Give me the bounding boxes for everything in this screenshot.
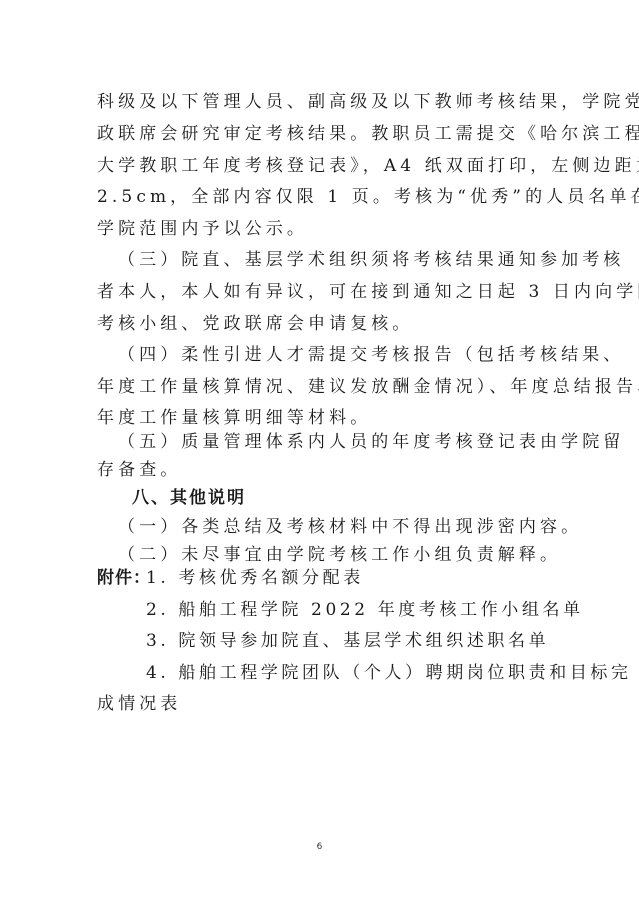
paragraph-line: 2.5cm，全部内容仅限 1 页。考核为“优秀”的人员名单在 [97, 186, 557, 208]
attachment-item: 3. 院领导参加院直、基层学术组织述职名单 [146, 630, 606, 652]
section-heading: 八、其他说明 [132, 487, 592, 509]
paragraph-line: 学院范围内予以公示。 [97, 218, 557, 240]
item-4-line: 年度工作量核算明细等材料。 [97, 407, 557, 429]
item-4-line: 年度工作量核算情况、建议发放酬金情况）、年度总结报告、 [97, 376, 557, 398]
item-3-line: 者本人，本人如有异议，可在接到通知之日起 3 日内向学院 [97, 281, 557, 303]
paragraph-line: 大学教职工年度考核登记表》，A4 纸双面打印，左侧边距为 [97, 155, 557, 177]
page-number: 6 [0, 842, 639, 852]
paragraph-line: 科级及以下管理人员、副高级及以下教师考核结果，学院党 [97, 91, 557, 113]
section-8-item: （二）未尽事宜由学院考核工作小组负责解释。 [118, 544, 578, 566]
item-5-line: 存备查。 [97, 459, 557, 481]
attachment-item: 1. 考核优秀名额分配表 [146, 567, 606, 589]
attachment-item: 4. 船舶工程学院团队（个人）聘期岗位职责和目标完 [146, 662, 606, 684]
item-3-line: （三）院直、基层学术组织须将考核结果通知参加考核 [118, 249, 578, 271]
attachment-item: 2. 船舶工程学院 2022 年度考核工作小组名单 [146, 599, 606, 621]
item-3-line: 考核小组、党政联席会申请复核。 [97, 313, 557, 335]
attachment-item-continuation: 成情况表 [97, 693, 557, 715]
paragraph-line: 政联席会研究审定考核结果。教职员工需提交《哈尔滨工程 [97, 123, 557, 145]
document-page: 科级及以下管理人员、副高级及以下教师考核结果，学院党 政联席会研究审定考核结果。… [0, 0, 639, 905]
section-8-item: （一）各类总结及考核材料中不得出现涉密内容。 [118, 516, 578, 538]
item-4-line: （四）柔性引进人才需提交考核报告（包括考核结果、 [118, 344, 578, 366]
item-5-line: （五）质量管理体系内人员的年度考核登记表由学院留 [118, 431, 578, 453]
